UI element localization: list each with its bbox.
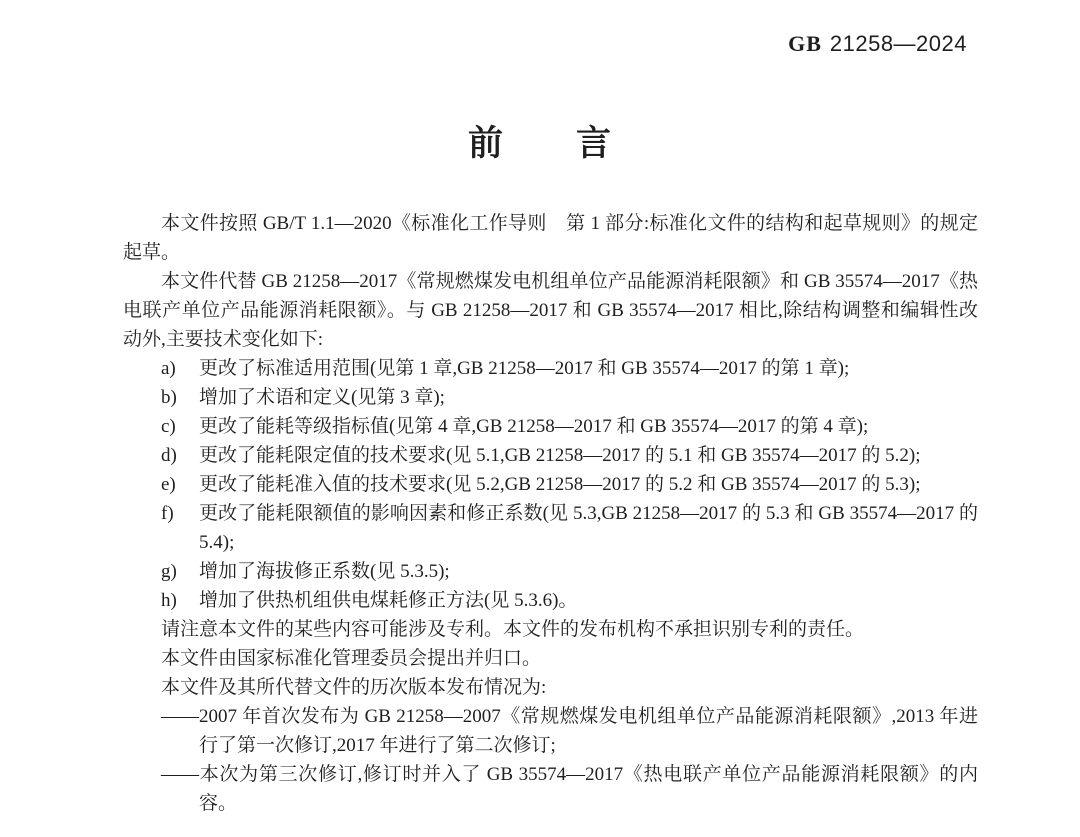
change-item-text: 更改了能耗准入值的技术要求(见 5.2,GB 21258—2017 的 5.2 … bbox=[199, 474, 920, 495]
change-item-text: 增加了供热机组供电煤耗修正方法(见 5.3.6)。 bbox=[199, 590, 577, 611]
change-item-label: g) bbox=[161, 557, 199, 586]
change-item-c: c)更改了能耗等级指标值(见第 4 章,GB 21258—2017 和 GB 3… bbox=[199, 412, 978, 441]
standard-number-code: 21258—2024 bbox=[830, 31, 967, 56]
change-item-label: h) bbox=[161, 586, 199, 615]
change-item-g: g)增加了海拔修正系数(见 5.3.5); bbox=[199, 557, 978, 586]
intro-paragraph-1: 本文件按照 GB/T 1.1—2020《标准化工作导则 第 1 部分:标准化文件… bbox=[123, 209, 978, 267]
change-item-text: 更改了能耗限定值的技术要求(见 5.1,GB 21258—2017 的 5.1 … bbox=[199, 445, 920, 466]
change-item-e: e)更改了能耗准入值的技术要求(见 5.2,GB 21258—2017 的 5.… bbox=[199, 470, 978, 499]
history-item-dash: —— bbox=[161, 764, 199, 785]
history-item-2: ——本次为第三次修订,修订时并入了 GB 35574—2017《热电联产单位产品… bbox=[199, 760, 978, 818]
change-item-text: 增加了术语和定义(见第 3 章); bbox=[199, 387, 445, 408]
history-intro-paragraph: 本文件及其所代替文件的历次版本发布情况为: bbox=[123, 673, 978, 702]
change-item-b: b)增加了术语和定义(见第 3 章); bbox=[199, 383, 978, 412]
change-item-label: e) bbox=[161, 470, 199, 499]
change-item-text: 增加了海拔修正系数(见 5.3.5); bbox=[199, 561, 450, 582]
document-page: GB21258—2024 前 言 本文件按照 GB/T 1.1—2020《标准化… bbox=[0, 0, 1080, 837]
issuing-body-paragraph: 本文件由国家标准化管理委员会提出并归口。 bbox=[123, 644, 978, 673]
patent-notice-paragraph: 请注意本文件的某些内容可能涉及专利。本文件的发布机构不承担识别专利的责任。 bbox=[123, 615, 978, 644]
history-item-dash: —— bbox=[161, 706, 199, 727]
change-item-h: h)增加了供热机组供电煤耗修正方法(见 5.3.6)。 bbox=[199, 586, 978, 615]
intro-paragraph-2: 本文件代替 GB 21258—2017《常规燃煤发电机组单位产品能源消耗限额》和… bbox=[123, 267, 978, 354]
change-item-a: a)更改了标准适用范围(见第 1 章,GB 21258—2017 和 GB 35… bbox=[199, 354, 978, 383]
change-item-label: a) bbox=[161, 354, 199, 383]
change-item-label: c) bbox=[161, 412, 199, 441]
document-body: 本文件按照 GB/T 1.1—2020《标准化工作导则 第 1 部分:标准化文件… bbox=[123, 209, 978, 818]
standard-number-prefix: GB bbox=[788, 31, 822, 56]
change-item-text: 更改了能耗限额值的影响因素和修正系数(见 5.3,GB 21258—2017 的… bbox=[199, 503, 978, 553]
change-item-text: 更改了标准适用范围(见第 1 章,GB 21258—2017 和 GB 3557… bbox=[199, 358, 849, 379]
page-title: 前 言 bbox=[0, 121, 1080, 166]
history-item-text: 2007 年首次发布为 GB 21258—2007《常规燃煤发电机组单位产品能源… bbox=[199, 706, 978, 756]
history-item-text: 本次为第三次修订,修订时并入了 GB 35574—2017《热电联产单位产品能源… bbox=[199, 764, 978, 814]
change-item-text: 更改了能耗等级指标值(见第 4 章,GB 21258—2017 和 GB 355… bbox=[199, 416, 868, 437]
standard-number: GB21258—2024 bbox=[788, 31, 967, 57]
change-item-f: f)更改了能耗限额值的影响因素和修正系数(见 5.3,GB 21258—2017… bbox=[199, 499, 978, 557]
change-item-label: d) bbox=[161, 441, 199, 470]
change-item-d: d)更改了能耗限定值的技术要求(见 5.1,GB 21258—2017 的 5.… bbox=[199, 441, 978, 470]
change-item-label: f) bbox=[161, 499, 199, 528]
change-item-label: b) bbox=[161, 383, 199, 412]
history-item-1: ——2007 年首次发布为 GB 21258—2007《常规燃煤发电机组单位产品… bbox=[199, 702, 978, 760]
